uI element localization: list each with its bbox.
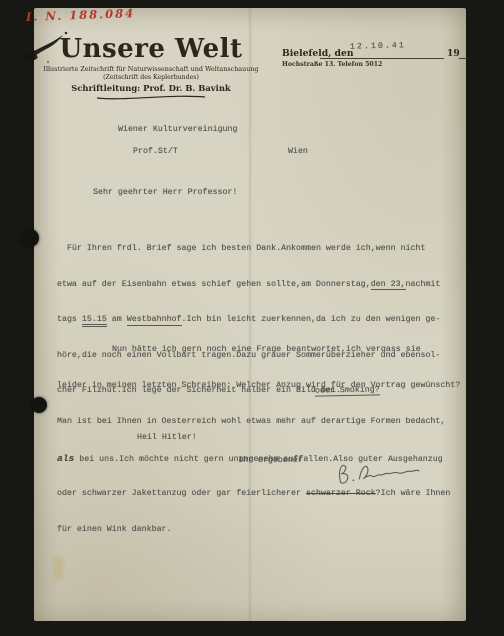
- masthead-title: Unsere Welt: [42, 36, 260, 63]
- date-rule: [320, 50, 444, 59]
- body-text: oder schwarzer Jakettanzug oder gar feie…: [57, 489, 306, 498]
- struck-text: schwarzer Rock: [306, 489, 376, 498]
- body-line: Für Ihren frdl. Brief sage ich besten Da…: [57, 244, 477, 262]
- year-rule: [459, 50, 467, 59]
- body-text: Man ist bei Ihnen in Oesterreich wohl et…: [57, 417, 445, 426]
- letter-paper: I. N. 188.084 Unsere Welt Illustrierte Z…: [34, 8, 466, 621]
- typed-date: 12.10.41: [350, 41, 406, 51]
- body-line: Man ist bei Ihnen in Oesterreich wohl et…: [57, 417, 477, 435]
- paragraph-2: Nun hätte ich gern noch eine Frage beant…: [57, 327, 477, 570]
- body-line: oder schwarzer Jakettanzug oder gar feie…: [57, 489, 477, 507]
- body-text: ?Ich wäre Ihnen: [376, 489, 451, 498]
- masthead: Unsere Welt Illustrierte Zeitschrift für…: [42, 36, 260, 101]
- recipient-city: Wien: [288, 147, 308, 156]
- body-text: für einen Wink dankbar.: [57, 525, 172, 534]
- body-text: Für Ihren frdl. Brief sage ich besten Da…: [67, 244, 425, 253]
- signature-icon: [331, 456, 422, 491]
- closing-salute: Heil Hitler!: [137, 433, 197, 442]
- body-text: etwa auf der Eisenbahn etwas schief gehe…: [57, 280, 371, 289]
- body-text: tags: [57, 315, 82, 324]
- underlined-station: Westbahnhof: [127, 315, 182, 326]
- body-line: etwa auf der Eisenbahn etwas schief gehe…: [57, 280, 477, 298]
- body-line: Nun hätte ich gern noch eine Frage beant…: [57, 345, 477, 363]
- body-text: leider in meinen letzten Schreiben: Welc…: [57, 381, 460, 390]
- closing-regards: Ihr ergebener: [238, 456, 303, 465]
- masthead-editor: Schriftleitung: Prof. Dr. B. Bavink: [42, 83, 260, 93]
- typed-insertion: oder Smoking?: [315, 385, 380, 396]
- editor-flourish-icon: [95, 93, 207, 101]
- double-underlined-time: 15.15: [82, 315, 107, 327]
- body-line: für einen Wink dankbar.: [57, 525, 477, 543]
- body-text: Nun hätte ich gern noch eine Frage beant…: [112, 345, 421, 354]
- year-printed: 19: [447, 48, 460, 59]
- letterhead-address: Hochstraße 13. Telefon 5012: [282, 61, 382, 68]
- body-text: am: [107, 315, 127, 324]
- recipient-reference: Prof.St/T: [133, 147, 178, 156]
- scan-frame: I. N. 188.084 Unsere Welt Illustrierte Z…: [0, 0, 504, 636]
- masthead-association: (Zeitschrift des Keplerbundes): [42, 74, 260, 82]
- handwritten-emphasis: als: [57, 453, 74, 464]
- body-text: .Ich bin leicht zuerkennen,da ich zu den…: [182, 315, 441, 324]
- punch-hole-bottom-icon: [31, 397, 47, 413]
- body-text: nachmit: [406, 280, 441, 289]
- underlined-text: den 23,: [371, 280, 406, 291]
- salutation: Sehr geehrter Herr Professor!: [93, 188, 237, 197]
- registry-number: I. N. 188.084: [26, 6, 136, 24]
- punch-hole-top-icon: [21, 229, 39, 247]
- recipient-organization: Wiener Kulturvereinigung: [118, 125, 238, 134]
- masthead-subtitle: Illustrierte Zeitschrift für Naturwissen…: [42, 65, 260, 74]
- body-line: leider in meinen letzten Schreiben: Welc…: [57, 381, 477, 399]
